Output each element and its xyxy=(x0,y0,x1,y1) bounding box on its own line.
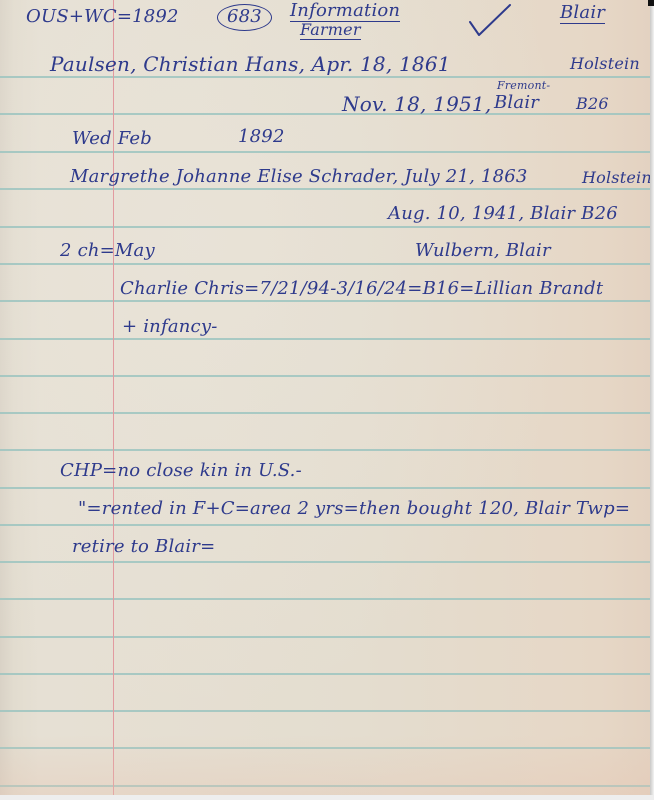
ruled-line xyxy=(0,412,650,414)
header-location: Blair xyxy=(560,4,605,24)
ruled-line xyxy=(0,487,650,489)
ruled-line xyxy=(0,76,650,78)
marriage-label: Wed Feb xyxy=(72,130,152,148)
ruled-line xyxy=(0,188,650,190)
page-bottom-edge xyxy=(0,795,654,800)
ruled-line xyxy=(0,636,650,638)
ruled-line xyxy=(0,113,650,115)
husband-death-place-annotation: Fremont- xyxy=(497,80,550,91)
ruled-line xyxy=(0,561,650,563)
note-line: CHP=no close kin in U.S.- xyxy=(60,462,302,480)
wife-death: Aug. 10, 1941, Blair B26 xyxy=(388,205,618,223)
ruled-line xyxy=(0,785,650,787)
scan-corner xyxy=(648,0,654,6)
child-charlie: Charlie Chris=7/21/94-3/16/24=B16=Lillia… xyxy=(120,280,603,298)
header-reference: OUS+WC=1892 xyxy=(26,8,179,26)
ruled-line xyxy=(0,449,650,451)
margin-line xyxy=(113,0,114,795)
husband-birthplace: Holstein xyxy=(570,56,640,72)
ruled-line xyxy=(0,747,650,749)
ruled-line xyxy=(0,300,650,302)
note-line: "=rented in F+C=area 2 yrs=then bought 1… xyxy=(78,500,630,518)
ruled-line xyxy=(0,338,650,340)
note-line: retire to Blair= xyxy=(72,538,215,556)
husband-death: Nov. 18, 1951, xyxy=(342,94,491,114)
ruled-line xyxy=(0,226,650,228)
ruled-line xyxy=(0,263,650,265)
ruled-line xyxy=(0,375,650,377)
record-number: 683 xyxy=(217,4,272,31)
wife-birthplace: Holstein xyxy=(582,170,650,186)
ruled-line xyxy=(0,151,650,153)
may-spouse: Wulbern, Blair xyxy=(415,242,551,260)
husband-death-place: Blair xyxy=(494,94,539,112)
check-mark-icon xyxy=(466,2,516,38)
ruled-line xyxy=(0,524,650,526)
header-title-information: Information xyxy=(290,2,400,22)
ruled-line xyxy=(0,673,650,675)
notebook-page: OUS+WC=1892 683 Information Farmer Blair… xyxy=(0,0,650,795)
child-infancy: + infancy- xyxy=(122,318,217,336)
ruled-line xyxy=(0,710,650,712)
children-count: 2 ch=May xyxy=(60,242,155,260)
ruled-line xyxy=(0,598,650,600)
husband-name-birth: Paulsen, Christian Hans, Apr. 18, 1861 xyxy=(50,54,451,74)
marriage-year: 1892 xyxy=(238,128,285,146)
page-right-edge xyxy=(650,0,654,800)
header-title-farmer: Farmer xyxy=(300,22,361,40)
husband-burial: B26 xyxy=(576,96,609,112)
wife-name-birth: Margrethe Johanne Elise Schrader, July 2… xyxy=(70,168,528,186)
